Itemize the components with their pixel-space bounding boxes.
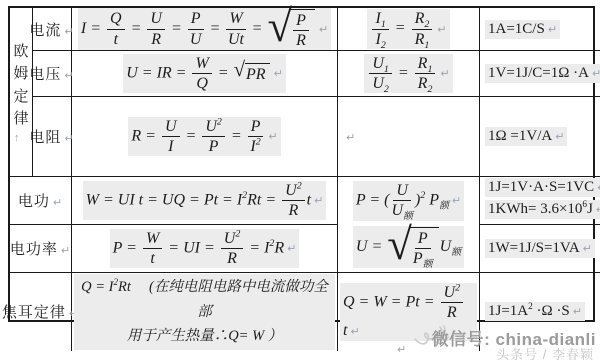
toutiao-id-text: 头条号 / 李春颖 [496, 344, 594, 360]
paragraph-mark: ↵ [397, 343, 406, 356]
cell-current-ratio: I1I2 = R2R1↵ [338, 8, 480, 51]
cell-power-formula: P = Wt = UI = U2R = I2R↵ [72, 225, 338, 273]
cell-resistance-formula: R = UI = U2P = PI2↵ [72, 97, 338, 177]
paragraph-mark: ↑ [14, 132, 20, 144]
cell-current-label: 电流↵ [33, 8, 72, 51]
cell-resistance-unit: 1Ω =1V/A↵ [480, 97, 600, 177]
cell-resistance-ratio-empty: ↵ [338, 97, 480, 177]
cell-voltage-unit: 1V=1J/C=1Ω ·A↵ [480, 51, 600, 97]
cell-work-formula: W = UI t = UQ = Pt = I2Rt = U2Rt↵ [72, 177, 338, 225]
cell-rated-power-formulas: P = (UU额)2 P额↵ U = √PP额U额 [338, 177, 480, 273]
ohm-law-label: 欧姆定律 [12, 41, 30, 131]
footer-watermark: ↵ 微信号: china-dianli 头条号 / 李春颖 [0, 322, 600, 360]
cell-current-unit: 1A=1C/S↵ [480, 8, 600, 51]
cell-voltage-formula: U = IR = WQ = √PR↵ [72, 51, 338, 97]
cell-resistance-label: 电阻↵ [33, 97, 72, 177]
cell-voltage-label: 电压↵ [33, 51, 72, 97]
cell-current-formula: I = Qt = UR = PU = WUt = √PR↵ [72, 8, 338, 51]
cell-power-unit: 1W=1J/S=1VA↵ [480, 225, 600, 273]
formula-table: 欧姆定律 ↑ 电流↵ I = Qt = UR = PU = WUt = √PR↵… [8, 6, 595, 322]
cell-work-label: 电功↵ [10, 177, 72, 225]
cell-voltage-ratio: U1U2 = R1R2↵ [338, 51, 480, 97]
cell-power-label: 电功率↵ [10, 225, 72, 273]
cell-work-units: 1J=1V·A·S=1VC↵ 1KWh= 3.6×106J↵ [480, 177, 600, 225]
